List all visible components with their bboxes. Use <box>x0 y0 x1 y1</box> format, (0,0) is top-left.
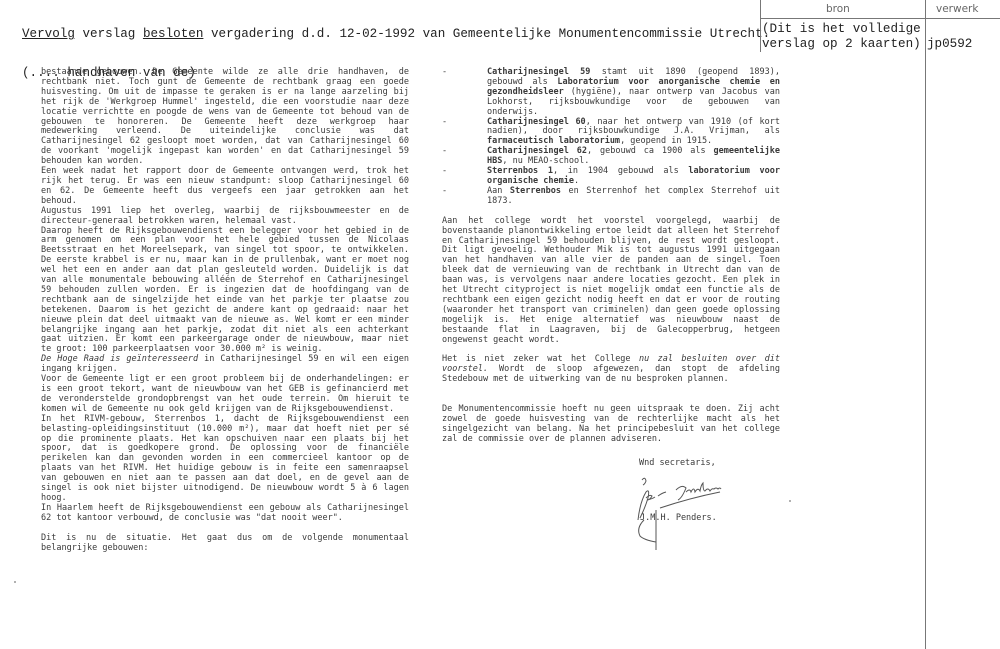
frame-line-divider <box>925 0 926 649</box>
italic-text: De Hoge Raad is geïnteresseerd <box>41 354 198 364</box>
right-column: -Catharijnesingel 59 stamt uit 1890 (geo… <box>442 68 780 445</box>
text: , in 1904 gebouwd als <box>553 166 688 176</box>
dash-bullet: - <box>442 118 447 128</box>
text: , gebouwd ca 1900 als <box>587 146 713 156</box>
spacer <box>442 385 780 405</box>
paragraph-closing: Dit is nu de situatie. Het gaat dus om d… <box>41 534 409 554</box>
bron-line-2: verslag op 2 kaarten) <box>762 37 921 52</box>
header-text: verslag <box>75 27 143 41</box>
bold-text: Sterrenbos 1 <box>487 166 553 176</box>
paragraph: Daarop heeft de Rijksgebouwendienst een … <box>41 227 409 356</box>
paragraph: In Haarlem heeft de Rijksgebouwendienst … <box>41 504 409 524</box>
list-item: -Aan Sterrenbos en Sterrenhof het comple… <box>442 187 780 207</box>
header-vervolg: Vervolg <box>22 27 75 41</box>
paragraph-hoge-raad: De Hoge Raad is geïnteresseerd in Cathar… <box>41 355 409 375</box>
paragraph: Augustus 1991 liep het overleg, waarbij … <box>41 207 409 227</box>
bold-text: Catharijnesingel 62 <box>487 146 587 156</box>
bold-text: Catharijnesingel 60 <box>487 117 586 127</box>
building-list: -Catharijnesingel 59 stamt uit 1890 (geo… <box>442 68 780 207</box>
paragraph: Een week nadat het rapport door de Gemee… <box>41 167 409 207</box>
bron-label: bron <box>826 3 850 15</box>
signatory-name: J.M.H. Penders. <box>640 513 717 523</box>
frame-line-left <box>760 0 761 52</box>
paragraph: In het RIVM-gebouw, Sterrenbos 1, dacht … <box>41 415 409 504</box>
bron-value: (Dit is het volledigeverslag op 2 kaarte… <box>762 22 921 52</box>
list-item: -Catharijnesingel 59 stamt uit 1890 (geo… <box>442 68 780 118</box>
signature-role: Wnd secretaris, <box>639 458 716 468</box>
paragraph: De Monumentencommissie hoeft nu geen uit… <box>442 405 780 445</box>
list-item: -Catharijnesingel 60, naar het ontwerp v… <box>442 118 780 148</box>
text: Wordt de sloop afgewezen, dan stopt de a… <box>442 364 780 384</box>
header-text: vergadering d.d. 12-02-1992 van Gemeente… <box>203 27 770 41</box>
header-line-1: Vervolg verslag besloten vergadering d.d… <box>22 28 770 41</box>
verwerk-value: jp0592 <box>927 37 972 51</box>
dash-bullet: - <box>442 147 447 157</box>
frame-line-top <box>760 18 1000 19</box>
paragraph: Voor de Gemeente ligt er een groot probl… <box>41 375 409 415</box>
paragraph: bestaande gebouwen. De Gemeente wilde ze… <box>41 68 409 167</box>
speck-mark <box>14 581 16 583</box>
text: . <box>574 176 579 186</box>
list-item: -Sterrenbos 1, in 1904 gebouwd als labor… <box>442 167 780 187</box>
speck-mark <box>789 500 791 502</box>
bron-line-1: (Dit is het volledige <box>762 22 921 37</box>
bold-text: farmaceutisch laboratorium <box>487 136 620 146</box>
text: Het is niet zeker wat het College <box>442 354 639 364</box>
dash-bullet: - <box>442 187 447 197</box>
dash-bullet: - <box>442 68 447 78</box>
paragraph: Aan het college wordt het voorstel voorg… <box>442 217 780 346</box>
text: Aan <box>487 186 510 196</box>
text: , geopend in 1915. <box>620 136 712 146</box>
paragraph: Het is niet zeker wat het College nu zal… <box>442 355 780 385</box>
list-item: -Catharijnesingel 62, gebouwd ca 1900 al… <box>442 147 780 167</box>
text: , nu MEAO-school. <box>502 156 589 166</box>
dash-bullet: - <box>442 167 447 177</box>
left-column: bestaande gebouwen. De Gemeente wilde ze… <box>41 68 409 554</box>
header-besloten: besloten <box>143 27 203 41</box>
bold-text: Catharijnesingel 59 <box>487 67 590 77</box>
verwerk-label: verwerk <box>936 3 978 15</box>
bold-text: Sterrenbos <box>510 186 561 196</box>
